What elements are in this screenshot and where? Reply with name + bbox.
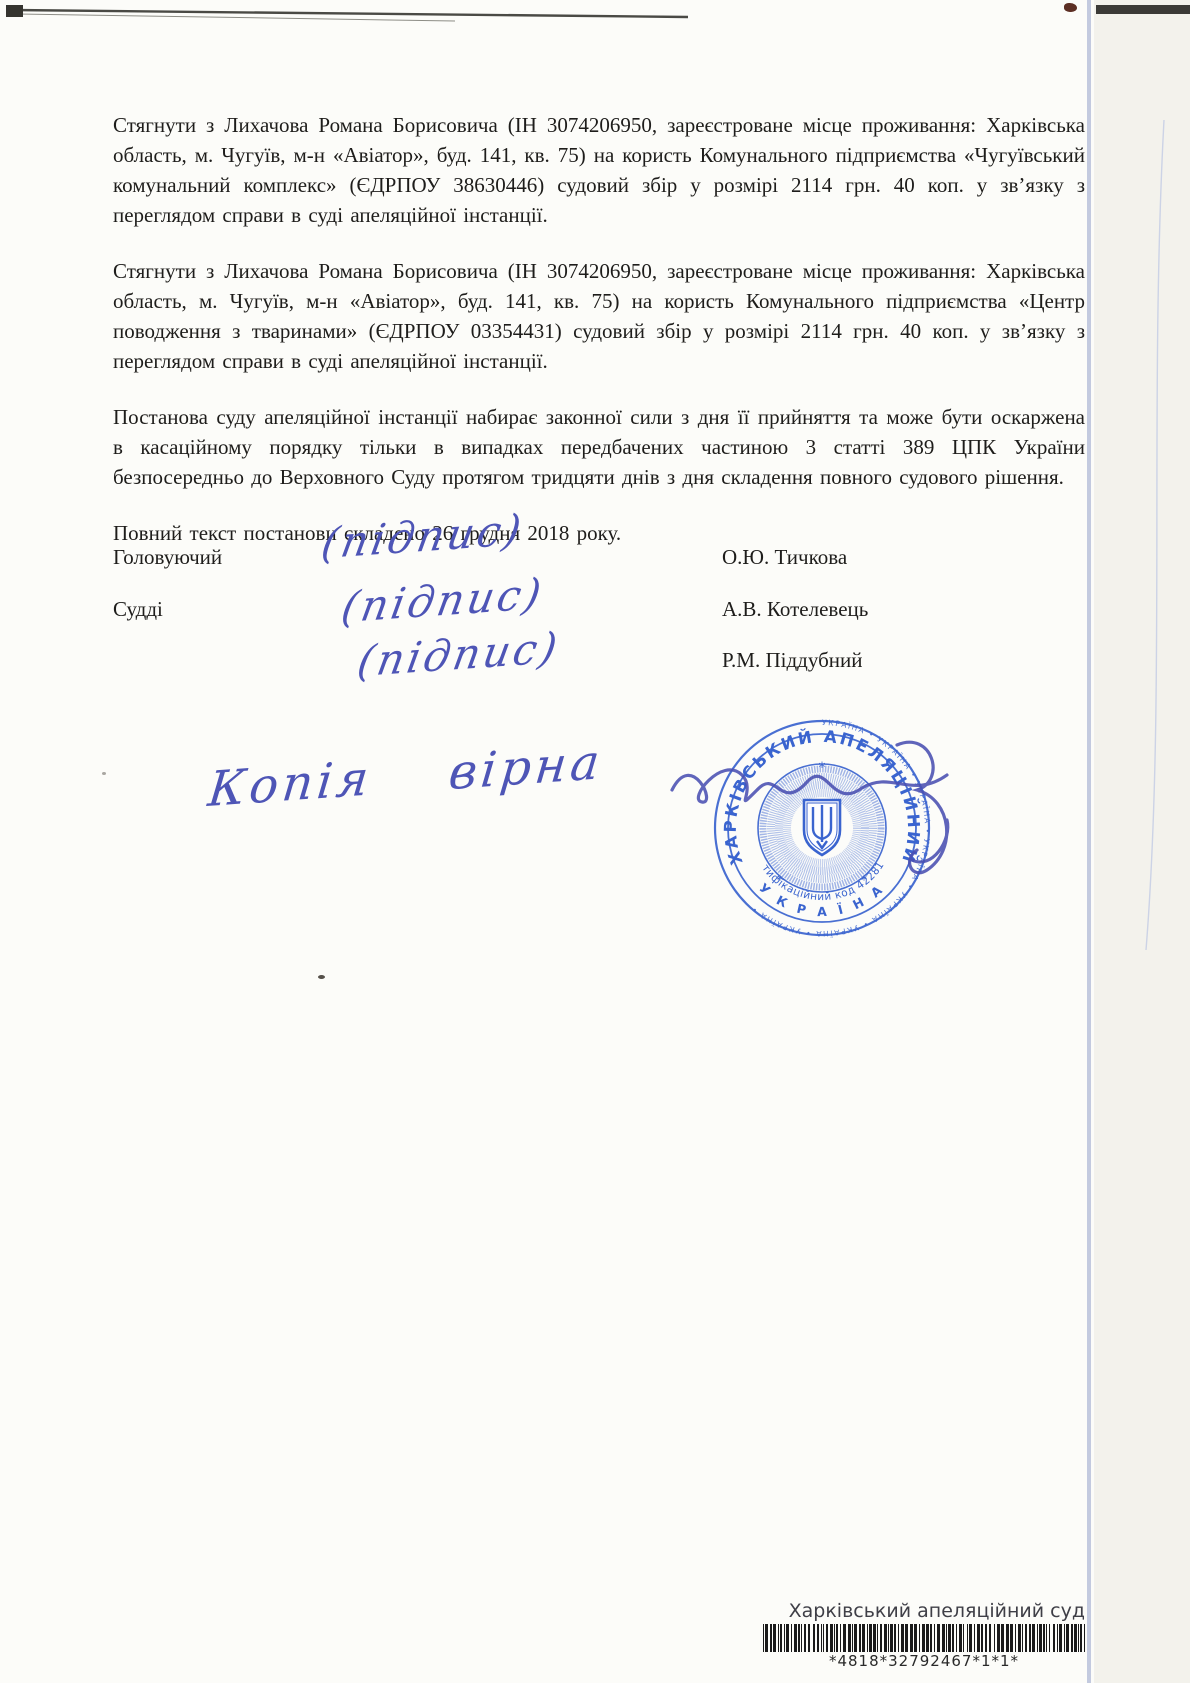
scan-page-edge-line [1087,0,1091,1683]
signer-name-presiding: О.Ю. Тичкова [722,545,847,570]
paragraph-appeal-terms: Постанова суду апеляційної інстанції наб… [113,402,1085,492]
paragraph-court-fee-2: Стягнути з Лихачова Романа Борисовича (І… [113,256,1085,376]
signer-name-judge-2: А.В. Котелевець [722,597,868,622]
scan-artifact-corner [6,5,23,17]
ink-signature-stroke [660,718,970,898]
document-body: Стягнути з Лихачова Романа Борисовича (І… [113,0,1085,574]
date-line: Повний текст постанови складено 26 грудн… [113,518,1085,548]
barcode [763,1624,1085,1652]
signer-role-judges: Судді [113,597,163,622]
scan-speck [318,975,325,979]
scan-edge-band [1094,0,1190,1683]
signer-name-judge-3: Р.М. Піддубний [722,648,862,673]
handwritten-signature-3: (підпис) [354,623,564,687]
paragraph-court-fee-1: Стягнути з Лихачова Романа Борисовича (І… [113,110,1085,230]
scan-speck [102,772,106,775]
signer-role-presiding: Головуючий [113,545,222,570]
document-page: Стягнути з Лихачова Романа Борисовича (І… [0,0,1190,1683]
barcode-value: *4818*32792467*1*1* [763,1652,1085,1670]
handwritten-copy-note: Копія вірна [206,734,607,818]
handwritten-signature-2: (підпис) [338,569,548,633]
footer-court-name: Харківський апеляційний суд [700,1600,1085,1622]
scan-artifact-dark-bar [1096,5,1190,14]
